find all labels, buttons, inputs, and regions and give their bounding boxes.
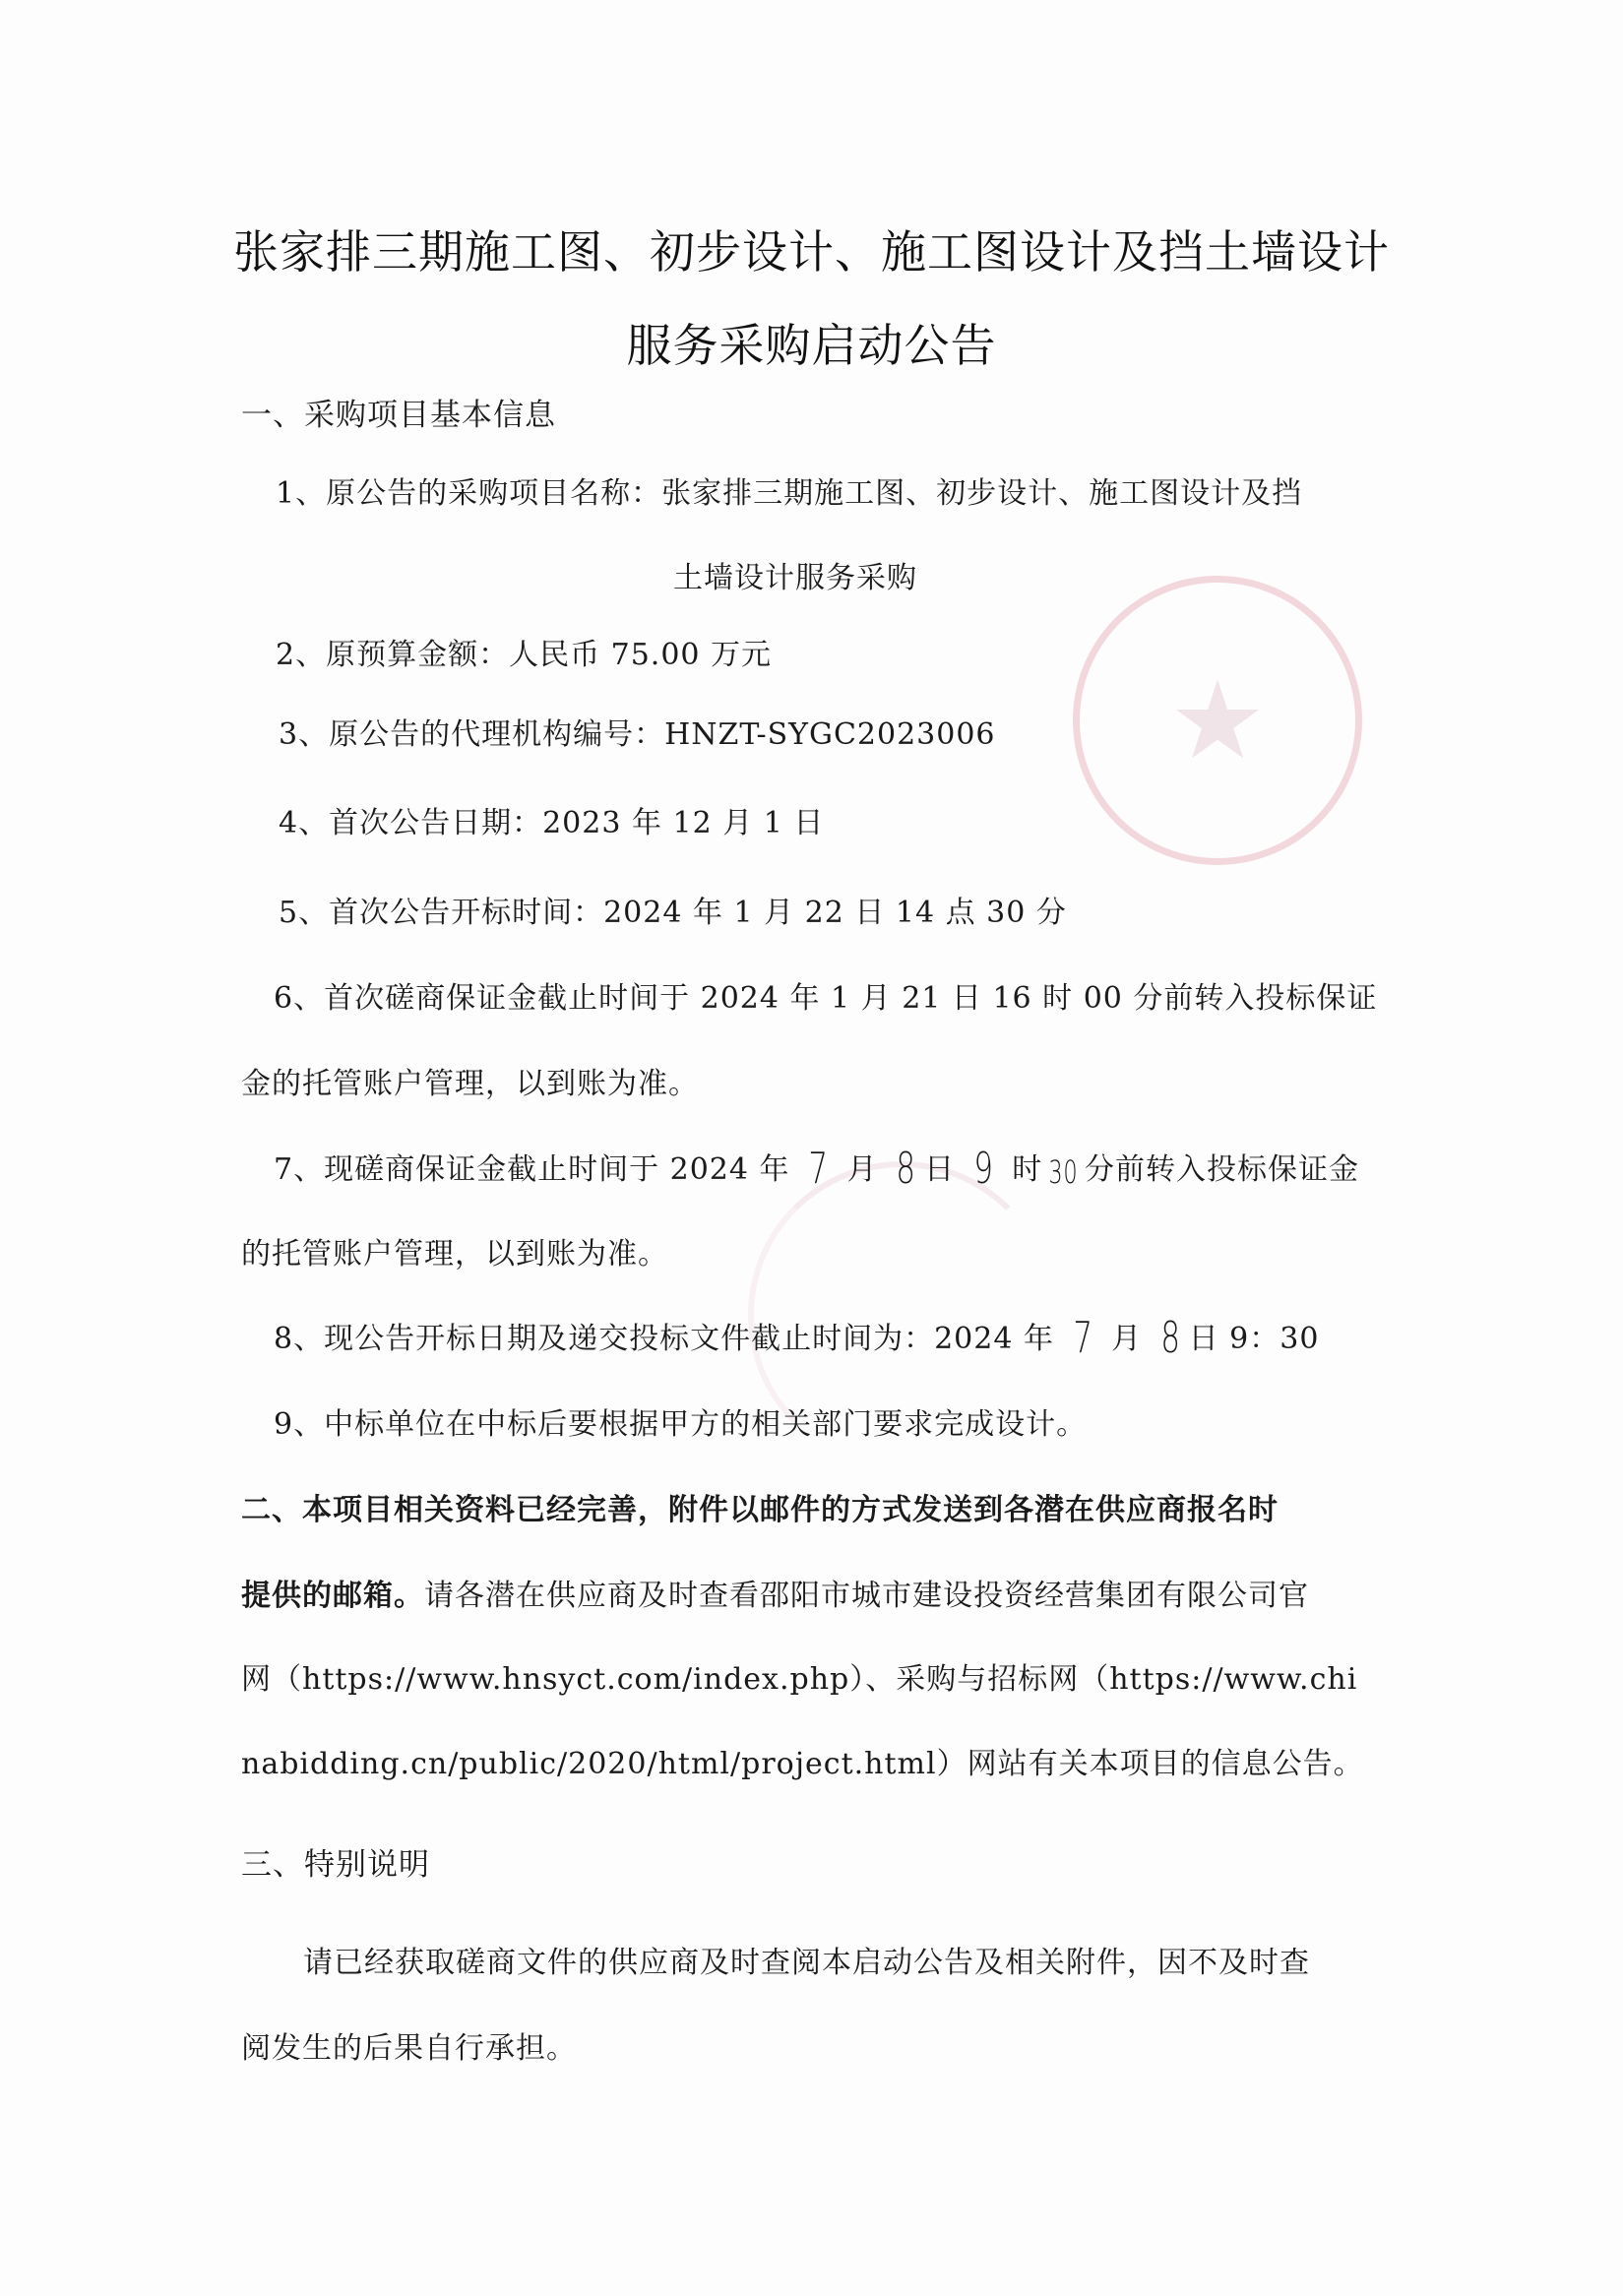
month-label: 月 [847, 1152, 878, 1187]
page-title-line1: 张家排三期施工图、初步设计、施工图设计及挡土墙设计 [0, 217, 1623, 281]
item-8-prefix: 8、现公告开标日期及递交投标文件截止时间为：2024 年 [274, 1322, 1054, 1356]
section-3-body-line2: 阅发生的后果自行承担。 [241, 2029, 577, 2069]
item-9: 9、中标单位在中标后要根据甲方的相关部门要求完成设计。 [274, 1405, 1087, 1445]
hour-label: 时 [1012, 1152, 1042, 1187]
handwritten-month: 7 [808, 1149, 828, 1189]
section-2-line2: 提供的邮箱。请各潜在供应商及时查看邵阳市城市建设投资经营集团有限公司官 [241, 1577, 1309, 1616]
handwritten-day: 8 [897, 1149, 916, 1189]
month-label: 月 [1111, 1322, 1142, 1356]
document-page: ★ 张家排三期施工图、初步设计、施工图设计及挡土墙设计 服务采购启动公告 一、采… [0, 0, 1623, 2296]
item-6-line2: 金的托管账户管理，以到账为准。 [241, 1065, 699, 1104]
item-7-line1: 7、现磋商保证金截止时间于 2024 年 7 月 8日 9 时30分前转入投标保… [274, 1149, 1359, 1192]
section-2-heading-line1: 二、本项目相关资料已经完善，附件以邮件的方式发送到各潜在供应商报名时 [241, 1491, 1279, 1530]
section-3-body-line1: 请已经获取磋商文件的供应商及时查阅本启动公告及相关附件，因不及时查 [303, 1944, 1310, 1983]
section-2-heading-line2: 提供的邮箱。 [241, 1579, 424, 1613]
handwritten-day: 8 [1160, 1319, 1180, 1358]
official-seal: ★ [1073, 576, 1362, 865]
section-1-heading: 一、采购项目基本信息 [241, 396, 556, 435]
item-2: 2、原预算金额：人民币 75.00 万元 [276, 636, 772, 675]
handwritten-hour: 9 [973, 1149, 993, 1189]
page-title-line2: 服务采购启动公告 [0, 310, 1623, 375]
section-2-body-line4: nabidding.cn/public/2020/html/project.ht… [241, 1745, 1364, 1784]
item-5: 5、首次公告开标时间：2024 年 1 月 22 日 14 点 30 分 [279, 894, 1067, 933]
handwritten-minute: 30 [1049, 1152, 1079, 1192]
item-4: 4、首次公告日期：2023 年 12 月 1 日 [279, 804, 824, 843]
section-2-body-line3: 网（https://www.hnsyct.com/index.php）、采购与招… [241, 1660, 1357, 1700]
item-6-line1: 6、首次磋商保证金截止时间于 2024 年 1 月 21 日 16 时 00 分… [274, 979, 1377, 1019]
handwritten-month: 7 [1073, 1319, 1092, 1358]
item-7-line2: 的托管账户管理，以到账为准。 [241, 1235, 668, 1274]
section-2-body-line2: 请各潜在供应商及时查看邵阳市城市建设投资经营集团有限公司官 [424, 1579, 1309, 1613]
item-8: 8、现公告开标日期及递交投标文件截止时间为：2024 年 7 月 8日 9：30 [274, 1319, 1319, 1359]
item-7-prefix: 7、现磋商保证金截止时间于 2024 年 [274, 1152, 790, 1187]
item-3: 3、原公告的代理机构编号：HNZT-SYGC2023006 [279, 715, 996, 755]
day-label: 日 [924, 1152, 955, 1187]
item-7-suffix: 分前转入投标保证金 [1085, 1152, 1359, 1187]
item-1-line1: 1、原公告的采购项目名称：张家排三期施工图、初步设计、施工图设计及挡 [276, 474, 1302, 514]
item-1-line2: 土墙设计服务采购 [673, 559, 917, 598]
section-3-heading: 三、特别说明 [241, 1845, 430, 1885]
star-icon: ★ [1169, 657, 1267, 783]
item-8-suffix: 日 9：30 [1189, 1322, 1320, 1356]
